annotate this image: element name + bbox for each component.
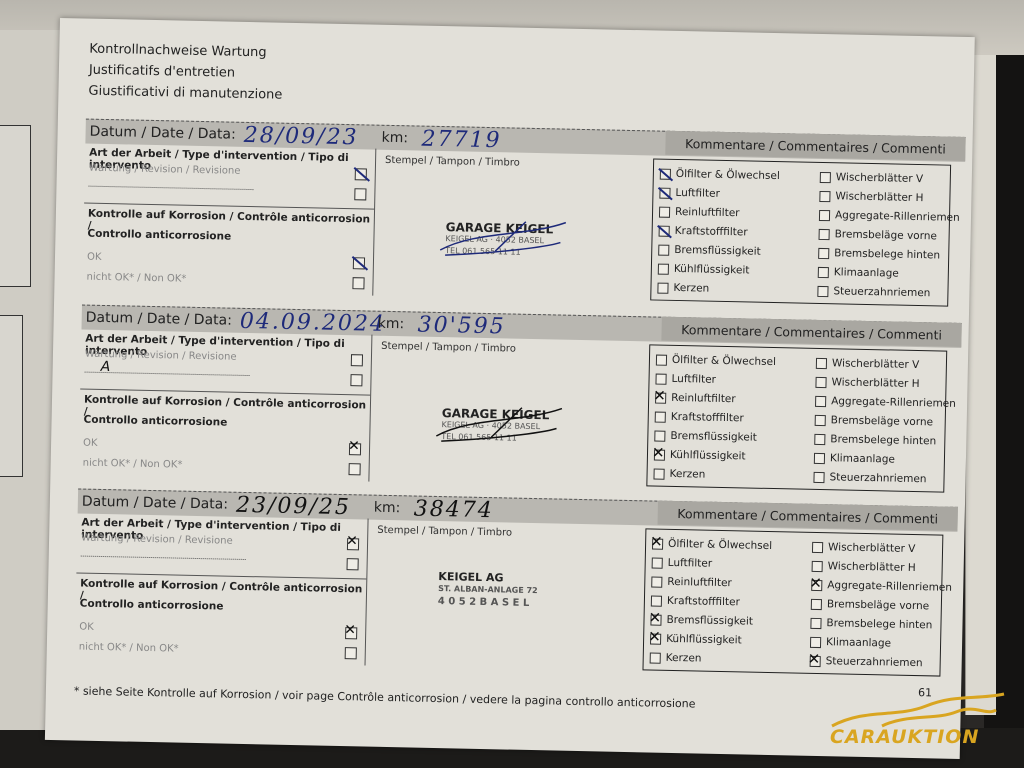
checklist-label: Ölfilter & Ölwechsel: [668, 538, 772, 552]
work-column: Art der Arbeit / Type d'intervention / T…: [82, 143, 376, 296]
checklist-item[interactable]: Wischerblätter H: [812, 560, 916, 574]
service-booklet-page: Kontrollnachweise Wartung Justificatifs …: [45, 18, 975, 759]
other-service-checkbox[interactable]: [347, 558, 359, 570]
checkbox[interactable]: [810, 636, 821, 647]
checklist-item[interactable]: Klimaanlage: [814, 452, 895, 466]
checkbox[interactable]: [660, 168, 671, 179]
checklist-label: Steuerzahnriemen: [833, 285, 930, 299]
checklist-item[interactable]: Ölfilter & Ölwechsel: [660, 168, 780, 183]
checkbox[interactable]: [818, 247, 829, 258]
checklist-item[interactable]: Kraftstofffilter: [651, 595, 740, 609]
checklist-item[interactable]: Kühlflüssigkeit: [658, 263, 750, 277]
work-type-section: Art der Arbeit / Type d'intervention / T…: [76, 512, 367, 579]
note-line: [81, 555, 246, 560]
checkbox[interactable]: [815, 395, 826, 406]
checkbox[interactable]: [817, 285, 828, 296]
checklist-item[interactable]: Bremsflüssigkeit: [658, 244, 761, 258]
checkbox[interactable]: [651, 595, 662, 606]
corrosion-ok-checkbox[interactable]: [353, 257, 365, 269]
not-ok-label: nicht OK* / Non OK*: [83, 458, 183, 471]
checklist-item[interactable]: Bremsbelege hinten: [810, 617, 932, 632]
stamp-line: ST. ALBAN-ANLAGE 72: [438, 584, 538, 595]
checkbox[interactable]: [810, 617, 821, 628]
checklist-label: Kerzen: [673, 282, 709, 295]
corrosion-section: Kontrolle auf Korrosion / Contrôle antic…: [82, 204, 374, 296]
checklist-item[interactable]: Aggregate-Rillenriemen: [811, 579, 952, 594]
stamp-area: Stempel / Tampon / Timbro GARAGE KEIGEL …: [374, 149, 663, 305]
checklist-item[interactable]: Bremsbeläge vorne: [815, 414, 934, 428]
maintenance-entry: Datum / Date / Data: 23/09/25 km: 38474 …: [74, 488, 958, 686]
checklist-label: Aggregate-Rillenriemen: [827, 579, 952, 594]
checklist-label: Kühlflüssigkeit: [670, 449, 746, 463]
checklist-item[interactable]: Kühlflüssigkeit: [654, 449, 746, 463]
service-label: Wartung / Revision / Revisione: [89, 163, 241, 177]
work-type-section: Art der Arbeit / Type d'intervention / T…: [80, 329, 371, 396]
checklist-label: Bremsflüssigkeit: [670, 430, 757, 444]
previous-page-fragment: [0, 125, 31, 287]
service-label: Wartung / Revision / Revisione: [81, 533, 233, 547]
checklist-item[interactable]: Bremsflüssigkeit: [650, 614, 753, 628]
ok-label: OK: [87, 252, 102, 263]
checklist-label: Bremsbelege hinten: [834, 247, 940, 261]
checkbox[interactable]: [659, 187, 670, 198]
checkbox[interactable]: [811, 598, 822, 609]
checkbox[interactable]: [650, 652, 661, 663]
checklist-label: Ölfilter & Ölwechsel: [676, 168, 780, 182]
service-note: A: [101, 359, 111, 375]
checklist-item[interactable]: Wischerblätter V: [816, 357, 920, 371]
car-swoosh-icon: [826, 690, 1006, 730]
checklist-label: Kraftstofffilter: [667, 595, 740, 609]
checklist-item[interactable]: Bremsbeläge vorne: [811, 598, 930, 612]
checkbox[interactable]: [659, 225, 670, 236]
km-value: 38474: [414, 496, 495, 523]
checklist-item[interactable]: Wischerblätter V: [812, 541, 916, 555]
previous-page-fragment: [0, 315, 23, 477]
corrosion-section: Kontrolle auf Korrosion / Contrôle antic…: [75, 573, 367, 665]
ok-label: OK: [79, 622, 94, 633]
checklist-label: Steuerzahnriemen: [829, 471, 926, 485]
service-checkbox[interactable]: [351, 354, 363, 366]
checklist-item[interactable]: Kraftstofffilter: [659, 225, 748, 239]
checkbox[interactable]: [810, 655, 821, 666]
page-titles: Kontrollnachweise Wartung Justificatifs …: [88, 39, 283, 106]
comments-checklist: Ölfilter & ÖlwechselLuftfilterReinluftfi…: [642, 528, 943, 676]
checklist-label: Reinluftfilter: [667, 576, 732, 589]
checkbox[interactable]: [655, 411, 666, 422]
date-label: Datum / Date / Data:: [86, 310, 233, 329]
checkbox[interactable]: [811, 579, 822, 590]
km-label: km:: [381, 130, 408, 147]
stamp-label: Stempel / Tampon / Timbro: [377, 525, 512, 539]
checkbox[interactable]: [650, 614, 661, 625]
checkbox[interactable]: [813, 471, 824, 482]
checklist-label: Kühlflüssigkeit: [666, 633, 742, 647]
checklist-label: Kerzen: [666, 652, 702, 665]
checklist-item[interactable]: Klimaanlage: [810, 636, 891, 650]
checkbox[interactable]: [655, 392, 666, 403]
checklist-item[interactable]: Wischerblätter H: [815, 376, 919, 390]
work-type-section: Art der Arbeit / Type d'intervention / T…: [84, 143, 375, 210]
km-value: 27719: [421, 126, 502, 153]
checklist-label: Wischerblätter V: [828, 541, 916, 555]
checklist-item[interactable]: Wischerblätter V: [820, 171, 924, 185]
checklist-label: Bremsbeläge vorne: [835, 228, 938, 242]
checkbox[interactable]: [814, 452, 825, 463]
work-column: Art der Arbeit / Type d'intervention / T…: [75, 512, 369, 665]
checklist-item[interactable]: Reinluftfilter: [651, 576, 732, 590]
checkbox[interactable]: [816, 357, 827, 368]
corrosion-ok-checkbox[interactable]: [349, 443, 361, 455]
checklist-item[interactable]: Reinluftfilter: [655, 392, 736, 406]
checkbox[interactable]: [812, 560, 823, 571]
checklist-item[interactable]: Steuerzahnriemen: [810, 655, 923, 669]
corrosion-not-ok-checkbox[interactable]: [348, 463, 360, 475]
checklist-item[interactable]: Wischerblätter H: [819, 190, 923, 204]
stamp-line: KEIGEL AG: [438, 570, 503, 584]
date-label: Datum / Date / Data:: [82, 494, 229, 513]
checklist-label: Klimaanlage: [834, 266, 899, 279]
title-it: Giustificativi di manutenzione: [88, 81, 282, 106]
signature-icon: [435, 210, 576, 263]
comments-checklist: Ölfilter & ÖlwechselLuftfilterReinluftfi…: [650, 158, 951, 306]
checklist-item[interactable]: Aggregate-Rillenriemen: [815, 395, 956, 410]
checklist-item[interactable]: Luftfilter: [655, 373, 716, 386]
maintenance-entry: Datum / Date / Data: 28/09/23 km: 27719 …: [82, 119, 966, 317]
checklist-item[interactable]: Luftfilter: [659, 187, 720, 200]
checklist-label: Bremsbeläge vorne: [827, 598, 930, 612]
checklist-label: Wischerblätter H: [835, 190, 923, 204]
checklist-item[interactable]: Klimaanlage: [818, 266, 899, 280]
checkbox[interactable]: [654, 430, 665, 441]
corrosion-not-ok-checkbox[interactable]: [345, 647, 357, 659]
checkbox[interactable]: [659, 206, 670, 217]
checkbox[interactable]: [815, 376, 826, 387]
maintenance-entry: Datum / Date / Data: 04.09.2024 km: 30'5…: [78, 305, 962, 503]
checkbox[interactable]: [815, 414, 826, 425]
checklist-item[interactable]: Kühlflüssigkeit: [650, 632, 742, 646]
checklist-label: Klimaanlage: [826, 636, 891, 649]
checklist-label: Steuerzahnriemen: [826, 655, 923, 669]
checklist-label: Wischerblätter V: [832, 357, 920, 371]
checklist-label: Reinluftfilter: [675, 206, 740, 219]
checkbox[interactable]: [819, 228, 830, 239]
footnote: * siehe Seite Kontrolle auf Korrosion / …: [74, 684, 696, 710]
checkbox[interactable]: [655, 373, 666, 384]
checklist-item[interactable]: Kerzen: [657, 282, 709, 295]
other-service-checkbox[interactable]: [350, 374, 362, 386]
checklist-label: Luftfilter: [675, 187, 720, 200]
comments-checklist: Ölfilter & ÖlwechselLuftfilterReinluftfi…: [646, 344, 947, 492]
date-label: Datum / Date / Data:: [89, 124, 236, 143]
checklist-item[interactable]: Kraftstofffilter: [655, 411, 744, 425]
checklist-item[interactable]: Luftfilter: [652, 557, 713, 570]
checklist-item[interactable]: Aggregate-Rillenriemen: [819, 209, 960, 224]
checklist-label: Kerzen: [669, 468, 705, 481]
checkbox[interactable]: [652, 538, 663, 549]
checkbox[interactable]: [820, 171, 831, 182]
stamp-line: 4 0 5 2 B A S E L: [438, 596, 530, 609]
note-line: [88, 185, 253, 190]
checklist-label: Kraftstofffilter: [675, 225, 748, 239]
carauktion-watermark: CARAUKTION: [826, 690, 1006, 760]
corrosion-label-it: Controllo anticorrosione: [83, 414, 227, 429]
watermark-text: CARAUKTION: [830, 726, 979, 748]
checklist-label: Luftfilter: [671, 373, 716, 386]
checklist-item[interactable]: Bremsbelege hinten: [814, 433, 936, 448]
km-label: km:: [374, 500, 401, 517]
corrosion-not-ok-checkbox[interactable]: [352, 277, 364, 289]
checklist-label: Luftfilter: [668, 557, 713, 570]
checklist-label: Bremsflüssigkeit: [666, 614, 753, 628]
stamp-area: Stempel / Tampon / Timbro KEIGEL AG ST. …: [366, 519, 655, 675]
not-ok-label: nicht OK* / Non OK*: [79, 642, 179, 655]
checklist-item[interactable]: Ölfilter & Ölwechsel: [656, 354, 776, 369]
checkbox[interactable]: [812, 541, 823, 552]
checklist-item[interactable]: Bremsflüssigkeit: [654, 430, 757, 444]
checklist-label: Wischerblätter H: [831, 376, 919, 390]
service-checkbox[interactable]: [347, 538, 359, 550]
checklist-label: Bremsbelege hinten: [826, 617, 932, 631]
checklist-item[interactable]: Ölfilter & Ölwechsel: [652, 538, 772, 553]
checklist-label: Kraftstofffilter: [671, 411, 744, 425]
checkbox[interactable]: [657, 282, 668, 293]
checklist-item[interactable]: Steuerzahnriemen: [817, 285, 930, 299]
checklist-label: Bremsflüssigkeit: [674, 244, 761, 258]
checklist-item[interactable]: Bremsbelege hinten: [818, 247, 940, 262]
checklist-label: Wischerblätter V: [836, 171, 924, 185]
service-checkbox[interactable]: [355, 168, 367, 180]
checklist-item[interactable]: Bremsbeläge vorne: [819, 228, 938, 242]
checklist-label: Ölfilter & Ölwechsel: [672, 354, 776, 368]
corrosion-ok-checkbox[interactable]: [345, 627, 357, 639]
other-service-checkbox[interactable]: [354, 188, 366, 200]
ok-label: OK: [83, 438, 98, 449]
corrosion-section: Kontrolle auf Korrosion / Contrôle antic…: [78, 390, 370, 482]
stamp-label: Stempel / Tampon / Timbro: [385, 155, 520, 169]
checkbox[interactable]: [651, 576, 662, 587]
checklist-label: Aggregate-Rillenriemen: [835, 209, 960, 224]
checkbox[interactable]: [650, 633, 661, 644]
corrosion-label-it: Controllo anticorrosione: [80, 598, 224, 613]
corrosion-label-it: Controllo anticorrosione: [87, 228, 231, 243]
checkbox[interactable]: [819, 190, 830, 201]
checklist-label: Bremsbelege hinten: [830, 433, 936, 447]
checkbox[interactable]: [814, 433, 825, 444]
checkbox[interactable]: [652, 557, 663, 568]
checklist-label: Bremsbeläge vorne: [831, 414, 934, 428]
checklist-item[interactable]: Kerzen: [650, 651, 702, 664]
checklist-item[interactable]: Reinluftfilter: [659, 206, 740, 220]
checkbox[interactable]: [818, 266, 829, 277]
checklist-item[interactable]: Steuerzahnriemen: [813, 471, 926, 485]
checklist-label: Kühlflüssigkeit: [674, 263, 750, 277]
checklist-item[interactable]: Kerzen: [653, 468, 705, 481]
checklist-label: Klimaanlage: [830, 452, 895, 465]
checklist-label: Aggregate-Rillenriemen: [831, 395, 956, 410]
stamp-area: Stempel / Tampon / Timbro GARAGE KEIGEL …: [370, 335, 659, 491]
checklist-label: Reinluftfilter: [671, 392, 736, 405]
checklist-label: Wischerblätter H: [828, 560, 916, 574]
signature-icon: [431, 396, 572, 449]
checkbox[interactable]: [658, 263, 669, 274]
work-column: Art der Arbeit / Type d'intervention / T…: [78, 329, 372, 482]
km-label: km:: [377, 316, 404, 333]
checkbox[interactable]: [653, 468, 664, 479]
checkbox[interactable]: [658, 244, 669, 255]
checkbox[interactable]: [656, 354, 667, 365]
stamp-label: Stempel / Tampon / Timbro: [381, 341, 516, 355]
checkbox[interactable]: [654, 449, 665, 460]
not-ok-label: nicht OK* / Non OK*: [86, 272, 186, 285]
checkbox[interactable]: [819, 209, 830, 220]
